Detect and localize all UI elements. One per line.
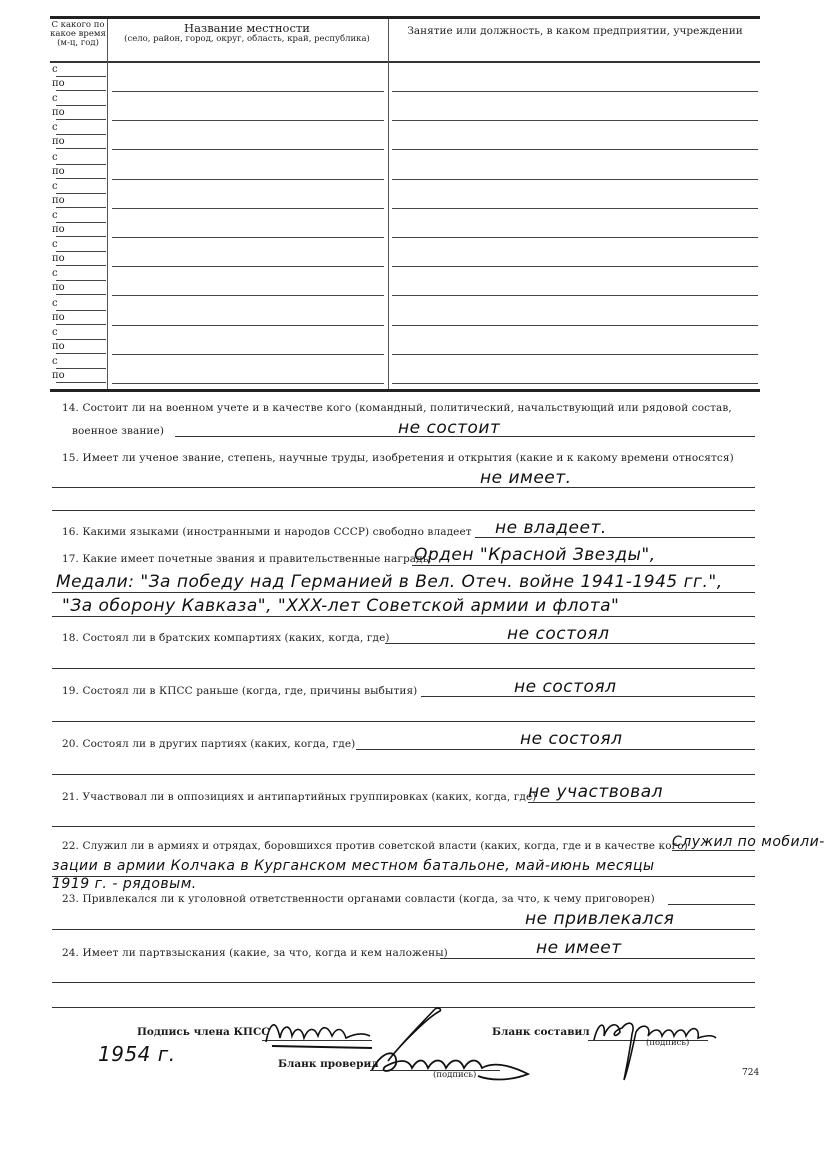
date-to-field[interactable] xyxy=(56,324,106,325)
date-to-label: по xyxy=(52,253,65,264)
answer-21[interactable]: не участвовал xyxy=(528,782,663,802)
date-from-label: с xyxy=(52,210,58,221)
answer-19[interactable]: не состоял xyxy=(514,677,616,697)
date-from-field[interactable] xyxy=(56,280,106,281)
date-to-label: по xyxy=(52,195,65,206)
answer-line-23 xyxy=(668,904,755,905)
date-to-field[interactable] xyxy=(56,382,106,383)
date-to-label: по xyxy=(52,78,65,89)
answer-22-line1[interactable]: Служил по мобили- xyxy=(672,834,825,850)
place-field[interactable] xyxy=(112,325,384,326)
answer-line-20 xyxy=(356,749,755,750)
answer-15[interactable]: не имеет. xyxy=(480,468,572,488)
date-to-label: по xyxy=(52,370,65,381)
column-divider-2 xyxy=(388,19,389,389)
header-place: Название местности (село, район, город, … xyxy=(108,19,386,59)
date-to-field[interactable] xyxy=(56,90,106,91)
date-from-field[interactable] xyxy=(56,251,106,252)
member-signature-label: Подпись члена КПСС xyxy=(137,1026,270,1038)
answer-line-15 xyxy=(52,487,755,488)
answer-line-15b xyxy=(52,510,755,511)
job-field[interactable] xyxy=(392,295,758,296)
place-field[interactable] xyxy=(112,91,384,92)
job-field[interactable] xyxy=(392,149,758,150)
date-to-label: по xyxy=(52,282,65,293)
date-from-field[interactable] xyxy=(56,76,106,77)
question-18: 18. Состоял ли в братских компартиях (ка… xyxy=(62,632,390,644)
header-date: С какого по какое время (м-ц, год) xyxy=(50,19,106,61)
answer-line-20b xyxy=(52,774,755,775)
answer-line-23b xyxy=(52,929,755,930)
date-to-field[interactable] xyxy=(56,148,106,149)
answer-17-line3[interactable]: "За оборону Кавказа", "XXX-лет Советской… xyxy=(62,596,619,616)
date-from-field[interactable] xyxy=(56,164,106,165)
job-field[interactable] xyxy=(392,266,758,267)
job-field[interactable] xyxy=(392,354,758,355)
job-field[interactable] xyxy=(392,383,758,384)
column-divider-1 xyxy=(107,19,108,389)
answer-line-21 xyxy=(528,802,755,803)
job-field[interactable] xyxy=(392,91,758,92)
date-to-label: по xyxy=(52,312,65,323)
place-field[interactable] xyxy=(112,208,384,209)
work-history-table: С какого по какое время (м-ц, год) Назва… xyxy=(50,16,760,392)
answer-line-19b xyxy=(52,721,755,722)
question-16: 16. Какими языками (иностранными и народ… xyxy=(62,526,472,538)
question-15: 15. Имеет ли ученое звание, степень, нау… xyxy=(62,452,734,464)
compiled-by-sub: (подпись) xyxy=(646,1038,689,1048)
date-to-field[interactable] xyxy=(56,236,106,237)
header-job: Занятие или должность, в каком предприят… xyxy=(390,19,760,65)
date-from-field[interactable] xyxy=(56,339,106,340)
job-field[interactable] xyxy=(392,179,758,180)
date-to-field[interactable] xyxy=(56,178,106,179)
date-to-field[interactable] xyxy=(56,119,106,120)
question-14: 14. Состоит ли на военном учете и в каче… xyxy=(62,402,732,414)
job-field[interactable] xyxy=(392,325,758,326)
date-from-field[interactable] xyxy=(56,222,106,223)
place-field[interactable] xyxy=(112,383,384,384)
place-field[interactable] xyxy=(112,120,384,121)
header-place-sub: (село, район, город, округ, область, кра… xyxy=(108,35,386,44)
question-19: 19. Состоял ли в КПСС раньше (когда, где… xyxy=(62,685,417,697)
answer-20[interactable]: не состоял xyxy=(520,729,622,749)
answer-line-17 xyxy=(412,565,755,566)
answer-16[interactable]: не владеет. xyxy=(495,518,607,538)
date-to-label: по xyxy=(52,224,65,235)
date-to-label: по xyxy=(52,136,65,147)
date-from-label: с xyxy=(52,93,58,104)
question-20: 20. Состоял ли в других партиях (каких, … xyxy=(62,738,355,750)
place-field[interactable] xyxy=(112,354,384,355)
date-from-label: с xyxy=(52,64,58,75)
checked-by-sub: (подпись) xyxy=(433,1070,476,1080)
answer-line-17b xyxy=(52,592,755,593)
compiled-by-label: Бланк составил xyxy=(492,1026,590,1038)
form-number: 724 xyxy=(742,1068,759,1078)
year-annotation: 1954 г. xyxy=(98,1042,176,1066)
answer-line-24 xyxy=(440,958,755,959)
question-22: 22. Служил ли в армиях и отрядах, боровш… xyxy=(62,840,688,852)
question-21: 21. Участвовал ли в оппозициях и антипар… xyxy=(62,791,536,803)
party-registration-form-page: С какого по какое время (м-ц, год) Назва… xyxy=(0,0,840,1155)
date-to-label: по xyxy=(52,341,65,352)
answer-line-22 xyxy=(672,850,755,851)
answer-line-18b xyxy=(52,668,755,669)
place-field[interactable] xyxy=(112,237,384,238)
place-field[interactable] xyxy=(112,179,384,180)
answer-14[interactable]: не состоит xyxy=(398,418,500,438)
date-from-label: с xyxy=(52,122,58,133)
date-to-field[interactable] xyxy=(56,207,106,208)
place-field[interactable] xyxy=(112,149,384,150)
date-to-label: по xyxy=(52,107,65,118)
checked-by-label: Бланк проверил xyxy=(278,1058,379,1070)
date-from-label: с xyxy=(52,239,58,250)
member-signature xyxy=(262,1012,382,1052)
date-from-field[interactable] xyxy=(56,193,106,194)
question-17: 17. Какие имеет почетные звания и правит… xyxy=(62,553,431,565)
date-to-field[interactable] xyxy=(56,294,106,295)
answer-line-21b xyxy=(52,826,755,827)
question-14-line2: военное звание) xyxy=(72,425,164,437)
job-field[interactable] xyxy=(392,208,758,209)
question-23: 23. Привлекался ли к уголовной ответстве… xyxy=(62,893,655,905)
answer-line-17c xyxy=(52,616,755,617)
answer-18[interactable]: не состоял xyxy=(507,624,609,644)
date-from-label: с xyxy=(52,298,58,309)
answer-17-line1[interactable]: Орден "Красной Звезды", xyxy=(414,545,656,565)
job-field[interactable] xyxy=(392,120,758,121)
date-from-label: с xyxy=(52,181,58,192)
date-to-field[interactable] xyxy=(56,353,106,354)
date-from-label: с xyxy=(52,356,58,367)
answer-24[interactable]: не имеет xyxy=(536,938,622,958)
date-from-label: с xyxy=(52,327,58,338)
date-from-field[interactable] xyxy=(56,368,106,369)
date-to-field[interactable] xyxy=(56,265,106,266)
place-field[interactable] xyxy=(112,266,384,267)
answer-line-24b xyxy=(52,982,755,983)
answer-22-line3[interactable]: 1919 г. - рядовым. xyxy=(52,876,197,892)
answer-17-line2[interactable]: Медали: "За победу над Германией в Вел. … xyxy=(56,572,723,592)
job-field[interactable] xyxy=(392,237,758,238)
date-from-label: с xyxy=(52,152,58,163)
date-to-label: по xyxy=(52,166,65,177)
date-from-field[interactable] xyxy=(56,105,106,106)
answer-22-line2[interactable]: зации в армии Колчака в Курганском местн… xyxy=(52,858,655,874)
date-from-field[interactable] xyxy=(56,134,106,135)
place-field[interactable] xyxy=(112,295,384,296)
header-divider xyxy=(50,61,760,63)
answer-23[interactable]: не привлекался xyxy=(525,909,674,929)
date-from-label: с xyxy=(52,268,58,279)
date-from-field[interactable] xyxy=(56,310,106,311)
question-24: 24. Имеет ли партвзыскания (какие, за чт… xyxy=(62,947,448,959)
